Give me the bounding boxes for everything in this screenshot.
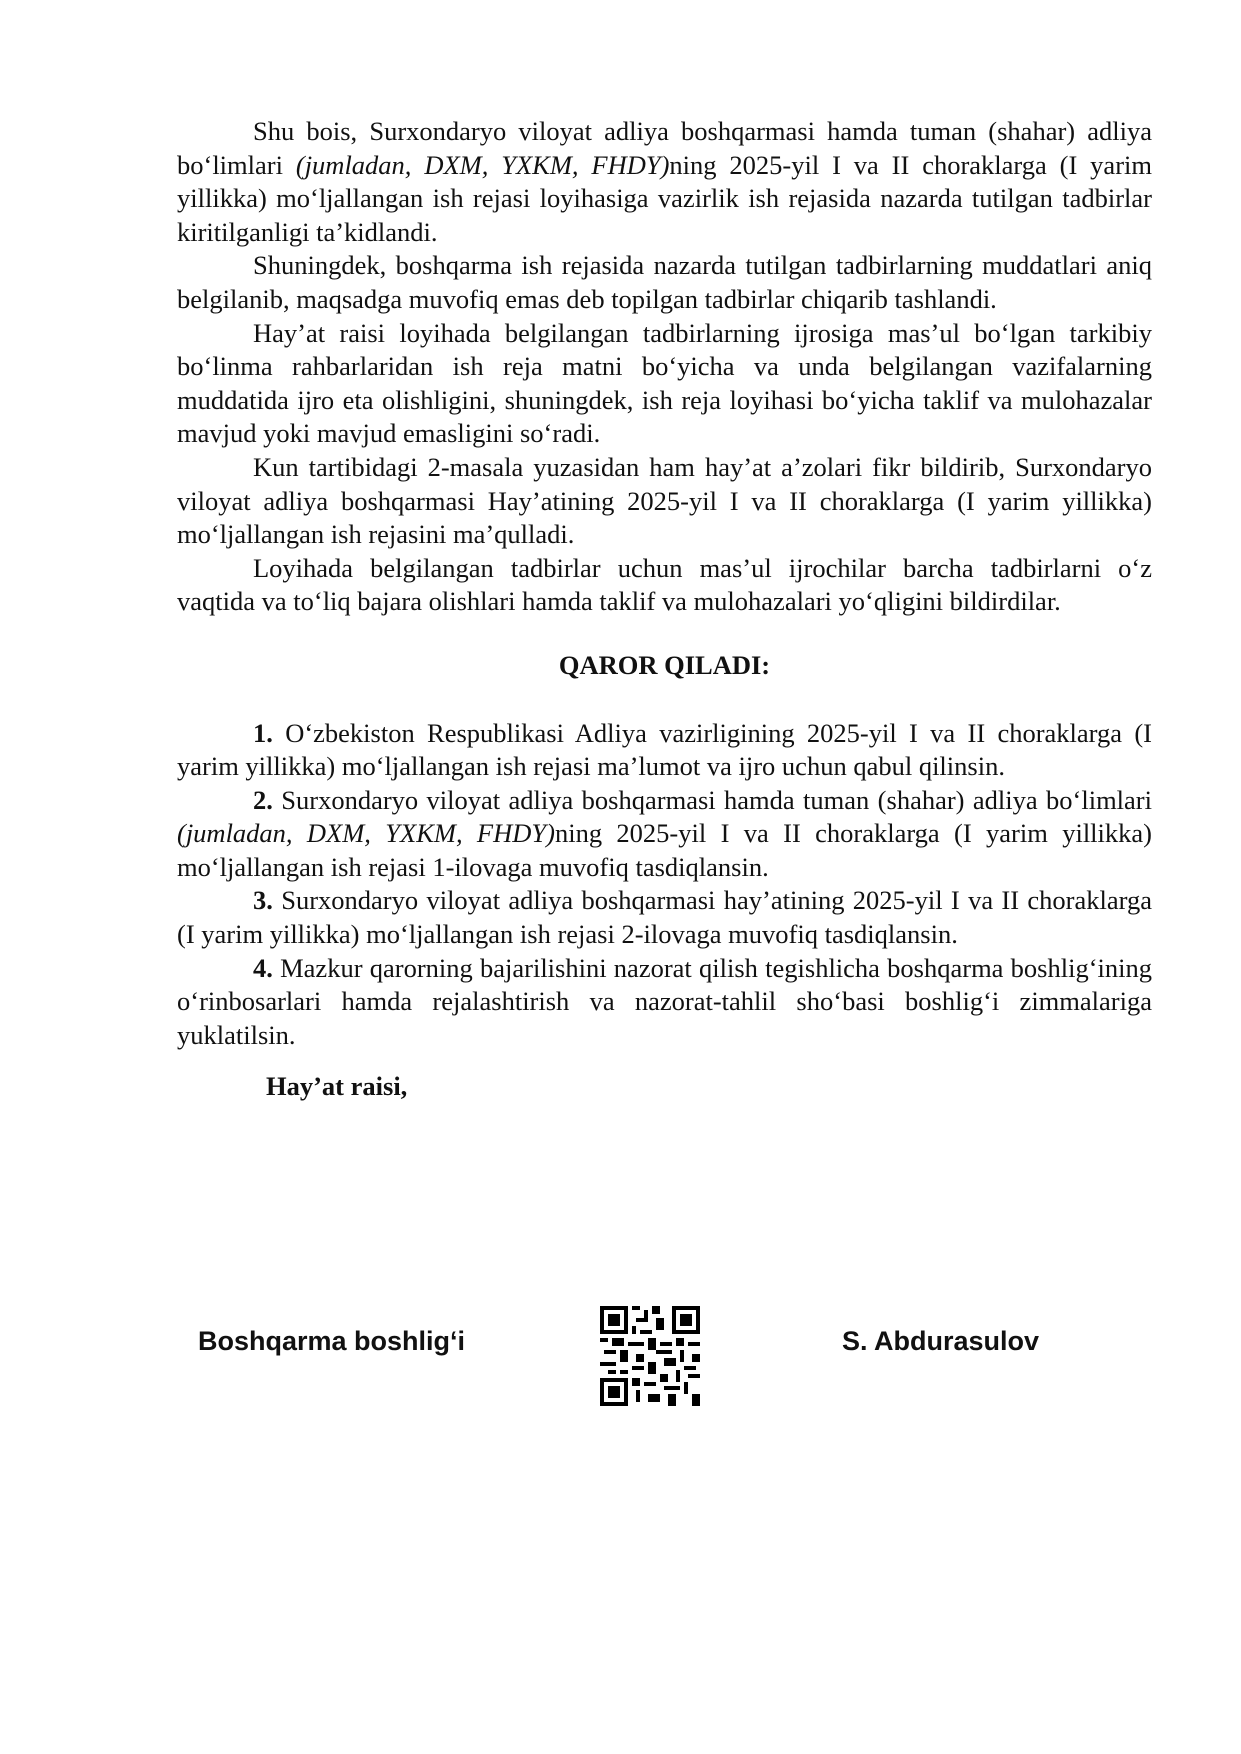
decision-text: O‘zbekiston Respublikasi Adliya vazirlig… [177,718,1152,782]
document-page: Shu bois, Surxondaryo viloyat adliya bos… [177,115,1152,1104]
decision-item-2: 2. Surxondaryo viloyat adliya boshqarmas… [177,784,1152,885]
decision-item-4: 4. Mazkur qarorning bajarilishini nazora… [177,952,1152,1053]
paragraph-4: Kun tartibidagi 2-masala yuzasidan ham h… [177,451,1152,552]
paragraph-3: Hay’at raisi loyihada belgilangan tadbir… [177,317,1152,451]
signatory-name: S. Abdurasulov [842,1326,1039,1357]
decision-number: 4. [253,953,273,983]
paragraph-2: Shuningdek, boshqarma ish rejasida nazar… [177,249,1152,316]
decision-item-3: 3. Surxondaryo viloyat adliya boshqarmas… [177,884,1152,951]
decision-text: Mazkur qarorning bajarilishini nazorat q… [177,953,1152,1050]
decision-number: 1. [253,718,273,748]
decision-italic: (jumladan, DXM, YXKM, FHDY) [177,818,555,848]
signatory-position: Boshqarma boshlig‘i [198,1326,465,1357]
paragraph-5: Loyihada belgilangan tadbirlar uchun mas… [177,552,1152,619]
decision-item-1: 1. O‘zbekiston Respublikasi Adliya vazir… [177,717,1152,784]
paragraph-1: Shu bois, Surxondaryo viloyat adliya bos… [177,115,1152,249]
decision-number: 3. [253,885,273,915]
paragraph-1-italic: (jumladan, DXM, YXKM, FHDY) [296,150,670,180]
decision-text: Surxondaryo viloyat adliya boshqarmasi h… [281,785,1152,815]
decision-text: Surxondaryo viloyat adliya boshqarmasi h… [177,885,1152,949]
chair-label: Hay’at raisi, [177,1070,1152,1104]
decision-title: QAROR QILADI: [177,649,1152,683]
decision-number: 2. [253,785,273,815]
qr-code-icon [600,1306,700,1406]
signature-row: Boshqarma boshlig‘i S. Abdurasulov [0,1326,1241,1416]
